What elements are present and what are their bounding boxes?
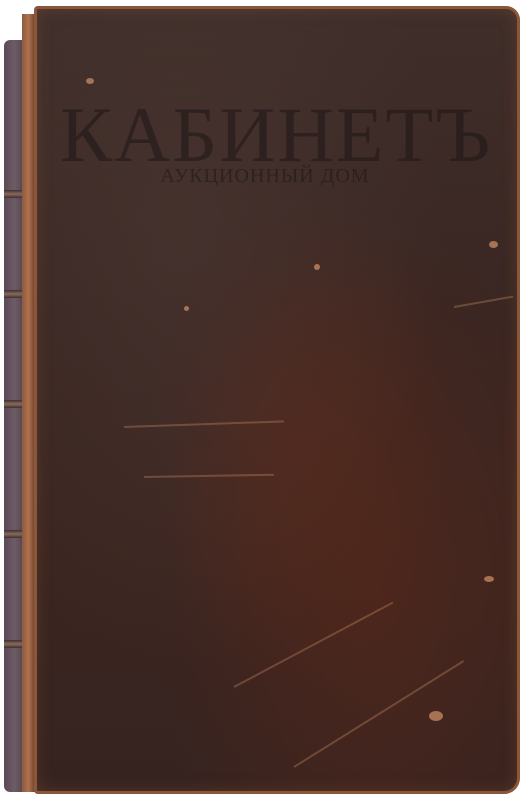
leather-cover bbox=[34, 6, 520, 794]
book-photo: КАБИНЕТЪ АУКЦИОННЫЙ ДОМ bbox=[0, 0, 525, 800]
scratch bbox=[234, 602, 394, 688]
wear-spot bbox=[184, 306, 189, 311]
wear-spot bbox=[484, 576, 494, 582]
scratch bbox=[124, 420, 284, 428]
wear-spot bbox=[489, 241, 498, 248]
wear-spot bbox=[86, 78, 94, 84]
scratch bbox=[454, 296, 513, 308]
scratch bbox=[144, 474, 274, 478]
wear-spot bbox=[314, 264, 320, 270]
wear-spot bbox=[429, 711, 443, 721]
